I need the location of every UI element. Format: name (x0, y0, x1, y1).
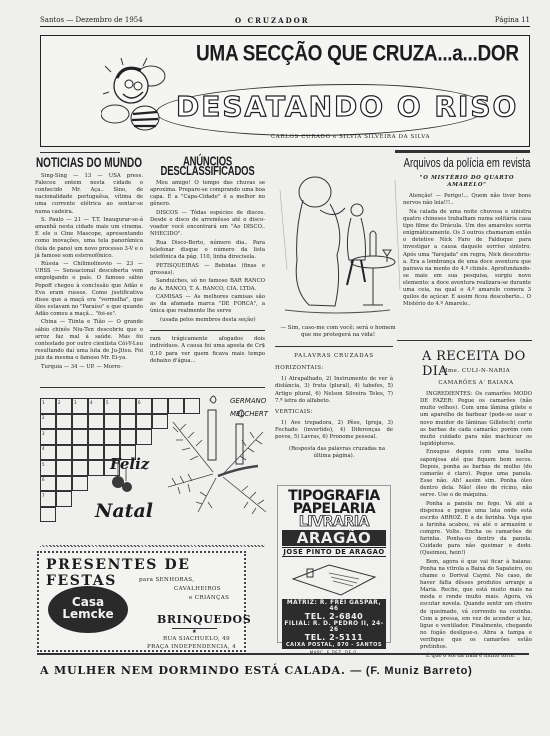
recipe-paragraph: Bem, agora é que vai ficar à baiana: Pon… (420, 559, 532, 651)
recipe-paragraph: INGREDIENTES: Os camarões MODO DE FAZER:… (420, 391, 532, 448)
receita-column: Mme. CULI-N-NARIA CAMARÕES A' BAIANA ING… (420, 368, 532, 661)
verticais-clues: 1) Ave trepadora, 2) Pêso, Igreja, 3) Fe… (275, 420, 393, 441)
crossword-cell[interactable] (88, 429, 104, 445)
arquivos-title: Arquivos da polícia em revista (403, 159, 531, 169)
ad-phone: TEL. 2-5111 (282, 633, 386, 642)
receita-dish: CAMARÕES A' BAIANA (420, 380, 532, 387)
news-item: China — Tiinta e Tião — O grande sábio c… (35, 319, 143, 362)
recipe-paragraph: Ponha a panela no fogo. Vá até a dispens… (420, 501, 532, 558)
quote-author: — (F. Muniz Barreto) (350, 665, 472, 677)
crossword-cell[interactable] (72, 429, 88, 445)
header-date: Santos — Dezembro de 1954 (40, 16, 143, 24)
crossword-cell[interactable]: 4 (88, 398, 104, 414)
receita-author: Mme. CULI-N-NARIA (420, 368, 532, 375)
arquivos-column: Arquivos da polícia em revista "O MISTÉR… (403, 158, 531, 310)
crossword-cell[interactable] (104, 414, 120, 430)
crossword-cell[interactable] (136, 429, 152, 445)
crossword-cell[interactable] (72, 445, 88, 461)
aragao-ad: TIPOGRAFIA PAPELARIA LIVRARIA ARAGÃO JOS… (277, 485, 391, 643)
crossword-cell[interactable] (88, 460, 104, 476)
ad-for-line: para SENHORAS, (139, 577, 194, 583)
casa-lemcke-logo: Casa Lemcke (48, 586, 128, 633)
crossword-cell[interactable] (120, 398, 136, 414)
palavras-column: PALAVRAS CRUZADAS HORIZONTAIS: 1) Atrapa… (275, 346, 393, 462)
news-item: Sing-Sing — 13 — USA press. Faleceu onte… (35, 173, 143, 216)
news-item: S. Paulo — 21 — T.T. Inaugurar-se-á aman… (35, 217, 143, 260)
bee-mascot-icon (101, 56, 181, 136)
ad-address: MATRIZ: R. FREI GASPAR, 46 (282, 600, 386, 612)
cartoon-caption: — Sim, caso-me com você; será o homem qu… (278, 325, 398, 339)
casa-lemcke-ad: PRESENTES DE FESTAS para SENHORAS, CAVAL… (37, 551, 246, 652)
crossword-cell[interactable]: 5 (40, 460, 56, 476)
logo-line: Lemcke (48, 608, 128, 620)
ad-item: Sanduíches, só no famoso BAR RANCO de A.… (150, 278, 265, 292)
noticias-title: NOTICIAS DO MUNDO (35, 159, 143, 169)
anuncios-title: ANÚNCIOS DESCLASSIFICADOS (150, 158, 265, 177)
crossword-cell[interactable] (104, 429, 120, 445)
ad-item: Rua Disco-Berto, número dia.. Para telef… (150, 240, 265, 261)
ad-for-line: CAVALHEIROS (174, 586, 221, 592)
crossword-cell[interactable]: 3 (72, 398, 88, 414)
crossword-cell[interactable] (56, 445, 72, 461)
crossword-cell[interactable]: 2 (40, 414, 56, 430)
crossword-cell[interactable] (56, 429, 72, 445)
bottom-rule (37, 653, 529, 655)
candles-pine-icon (168, 392, 268, 527)
crossword-cell[interactable]: 7 (40, 491, 56, 507)
ad-category: BRINQUEDOS (157, 613, 251, 626)
column-rule (40, 152, 120, 153)
ad-item: DISCOS — Tôdas espécies de discos. Desde… (150, 210, 265, 238)
noticias-column: NOTICIAS DO MUNDO Sing-Sing — 13 — USA p… (35, 158, 143, 372)
natal-text: Natal (95, 500, 153, 522)
crossword-cell[interactable] (120, 414, 136, 430)
column-rule (395, 150, 530, 153)
news-item: Turquia — 34 — UP. — Morre- (35, 364, 143, 371)
crossword-cell[interactable] (88, 445, 104, 461)
story-paragraph: Atenção! — Perigo!... Quem não tiver bon… (403, 193, 531, 207)
ad-line: LIVRARIA (278, 516, 390, 529)
page-header: Santos — Dezembro de 1954 O CRUZADOR Pág… (40, 14, 530, 27)
cartoon-illustration-icon (275, 170, 405, 320)
crossword-cell[interactable]: 4 (40, 445, 56, 461)
crossword-cell[interactable]: 5 (104, 398, 120, 414)
news-continuation: ram trágicamente afogados dois indivíduo… (150, 336, 265, 364)
horizontais-clues: 1) Atrapalhado, 2) Instrumento de ver à … (275, 376, 393, 404)
recipe-paragraph: Enxugue depois com uma toalha saponjosa … (420, 449, 532, 499)
arquivos-subtitle: "O MISTÉRIO DO QUARTO AMARELO" (409, 175, 525, 189)
decorative-rule (40, 545, 265, 547)
ad-item: CAMISAS — As melhores camisas são as da … (150, 294, 265, 315)
divider (150, 330, 265, 331)
column-rule (40, 387, 265, 388)
desk-stationery-icon (289, 559, 379, 597)
ad-item: (usada pelos membros desta seção) (150, 317, 265, 324)
crossword-cell[interactable]: 6 (136, 398, 152, 414)
crossword-cell[interactable]: 3 (40, 429, 56, 445)
ad-item: Meu amigo! O tempo das chuvas se aproxim… (150, 180, 265, 208)
crossword-cell[interactable] (136, 414, 152, 430)
banner-authors: CARLOS CURADO e SILVIA SILVEIRA DA SILVA (271, 134, 430, 140)
ad-brand: ARAGÃO (282, 530, 386, 546)
column-rule (397, 340, 532, 341)
verticais-label: VERTICAIS: (275, 409, 393, 416)
crossword-cell[interactable] (120, 429, 136, 445)
crossword-cell[interactable] (152, 398, 168, 414)
crossword-cell[interactable] (56, 460, 72, 476)
quote-text: A MULHER NEM DORMINDO ESTÁ CALADA. (40, 664, 346, 677)
ad-phone: TEL. 2-6840 (282, 612, 386, 621)
anuncios-column: ANÚNCIOS DESCLASSIFICADOS Meu amigo! O t… (150, 158, 265, 366)
crossword-cell[interactable] (56, 491, 72, 507)
palavras-title: PALAVRAS CRUZADAS (275, 353, 393, 360)
crossword-cell[interactable]: 2 (56, 398, 72, 414)
header-masthead: O CRUZADOR (235, 16, 310, 25)
footer-quote: A MULHER NEM DORMINDO ESTÁ CALADA. — (F.… (40, 664, 473, 677)
section-banner: UMA SECÇÃO QUE CRUZA...a...DOR DESATANDO… (40, 35, 530, 147)
crossword-cell[interactable]: 1 (40, 398, 56, 414)
crossword-cell[interactable] (40, 507, 56, 523)
banner-logo: DESATANDO O RISO (176, 90, 518, 123)
ad-address: FILIAL: R. D. PEDRO II, 24-26 (282, 621, 386, 633)
answer-note: (Resposta das palavras cruzadas na últim… (275, 446, 393, 460)
ad-for-line: e CRIANÇAS (189, 595, 229, 601)
star-divider: ★ (172, 628, 217, 635)
crossword-cell[interactable] (72, 414, 88, 430)
crossword-cell[interactable]: 6 (40, 476, 56, 492)
ad-postal: CAIXA POSTAL, 870 - SANTOS (282, 642, 386, 648)
ad-item: PETISQUEIRAS — Bebidas (finas e grossas)… (150, 263, 265, 277)
contact-block: MATRIZ: R. FREI GASPAR, 46 TEL. 2-6840 F… (282, 599, 386, 649)
ornament-icon (108, 465, 138, 495)
crossword-cell[interactable] (56, 414, 72, 430)
ad-owner: JOSÉ PINTO DE ARAGÃO (282, 547, 386, 557)
divider (275, 346, 393, 347)
newspaper-page: Santos — Dezembro de 1954 O CRUZADOR Pág… (0, 0, 550, 736)
crossword-cell[interactable] (72, 476, 88, 492)
news-item: Rússia — Chilimolinovio — 23 — URSS — Se… (35, 261, 143, 318)
ad-address: RUA SIACHUELO, 49 (163, 636, 230, 642)
ad-address: PRAÇA INDEPENDENCIA, 4 (147, 644, 236, 650)
horizontais-label: HORIZONTAIS: (275, 365, 393, 372)
crossword-cell[interactable] (72, 460, 88, 476)
banner-title: UMA SECÇÃO QUE CRUZA...a...DOR (196, 42, 519, 67)
crossword-cell[interactable] (56, 476, 72, 492)
header-page-number: Página 11 (495, 16, 530, 24)
story-paragraph: Na calada de uma noite chuvosa e sinistr… (403, 209, 531, 308)
crossword-cell[interactable] (88, 414, 104, 430)
ad-headline: PRESENTES DE FESTAS (46, 557, 244, 589)
crossword-cell[interactable] (152, 414, 168, 430)
